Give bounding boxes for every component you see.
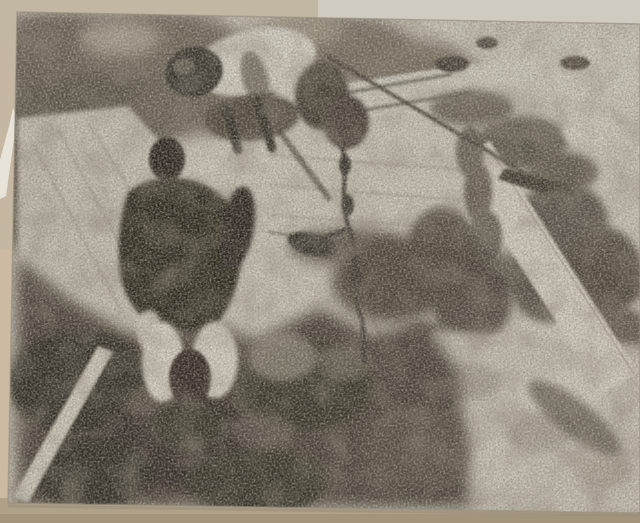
photograph-scene xyxy=(0,0,640,523)
photo-on-table xyxy=(0,0,640,523)
film-grain xyxy=(0,0,640,523)
